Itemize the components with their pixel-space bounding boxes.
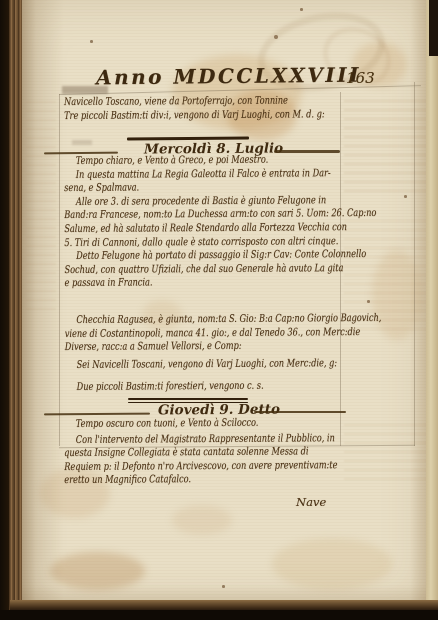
heading-rule-right bbox=[254, 411, 346, 413]
manuscript-line: e passava in Francia. bbox=[64, 275, 345, 290]
bleedthrough-text bbox=[344, 100, 428, 192]
entry-body-wednesday: Tempo chiaro, e Vento à Greco, e poi Mae… bbox=[64, 153, 346, 395]
heading-rule-left bbox=[44, 413, 150, 416]
manuscript-page: Anno MDCCLXXVIII 163 Navicello Toscano, … bbox=[22, 0, 426, 607]
parchment-stain bbox=[172, 505, 232, 535]
manuscript-line: Checchia Ragusea, è giunta, nom:ta S. Gi… bbox=[65, 312, 346, 327]
manuscript-line: Sei Navicelli Toscani, vengono di Varj L… bbox=[65, 357, 346, 372]
photo-corner-shadow bbox=[429, 0, 438, 56]
catchword: Nave bbox=[296, 495, 326, 509]
bleedthrough-text bbox=[344, 418, 428, 480]
manuscript-line: Tre piccoli Bastim:ti div:i, vengono di … bbox=[64, 108, 345, 123]
intro-entry: Navicello Toscano, viene da Portoferrajo… bbox=[64, 94, 345, 123]
frame-line-left bbox=[59, 94, 60, 446]
ink-speck bbox=[404, 195, 407, 198]
entry-separator-double-rule bbox=[128, 398, 248, 400]
parchment-stain bbox=[50, 552, 145, 590]
manuscript-line: Diverse, racc:a a Samuel Vellorsi, e Com… bbox=[65, 339, 346, 354]
manuscript-photo: Anno MDCCLXXVIII 163 Navicello Toscano, … bbox=[0, 0, 438, 620]
heading-rule-right bbox=[274, 150, 340, 153]
folio-number: 163 bbox=[346, 69, 375, 87]
entry-body-thursday: Tempo oscuro con tuoni, e Vento à Sciloc… bbox=[64, 416, 345, 488]
parchment-stain bbox=[272, 538, 392, 590]
manuscript-line: Tempo oscuro con tuoni, e Vento à Sciloc… bbox=[64, 416, 345, 431]
ink-speck bbox=[222, 585, 225, 588]
manuscript-line: viene di Costantinopoli, manca 41. gio:,… bbox=[65, 326, 346, 341]
frame-line-right bbox=[414, 82, 415, 446]
manuscript-line: Due piccoli Bastim:ti forestieri, vengon… bbox=[65, 379, 346, 394]
bleedthrough-mark bbox=[72, 140, 92, 145]
manuscript-line: Salume, ed hà salutato il Reale Stendard… bbox=[64, 221, 345, 236]
year-heading: Anno MDCCLXXVIII bbox=[96, 63, 361, 90]
ink-speck bbox=[300, 8, 303, 11]
photo-bottom-shadow bbox=[0, 610, 438, 620]
bleedthrough-text bbox=[26, 100, 56, 310]
manuscript-line: eretto un Magnifico Catafalco. bbox=[64, 472, 345, 487]
manuscript-line: Sochud, con quattro Ufiziali, che dal su… bbox=[64, 262, 345, 277]
next-page-edge bbox=[426, 0, 438, 620]
manuscript-line: In questa mattina La Regia Galeotta il F… bbox=[64, 167, 345, 182]
ink-speck bbox=[90, 40, 93, 43]
manuscript-line: Requiem p: il Defonto n'ro Arcivescovo, … bbox=[64, 459, 345, 474]
stacked-page-edges bbox=[9, 0, 23, 620]
